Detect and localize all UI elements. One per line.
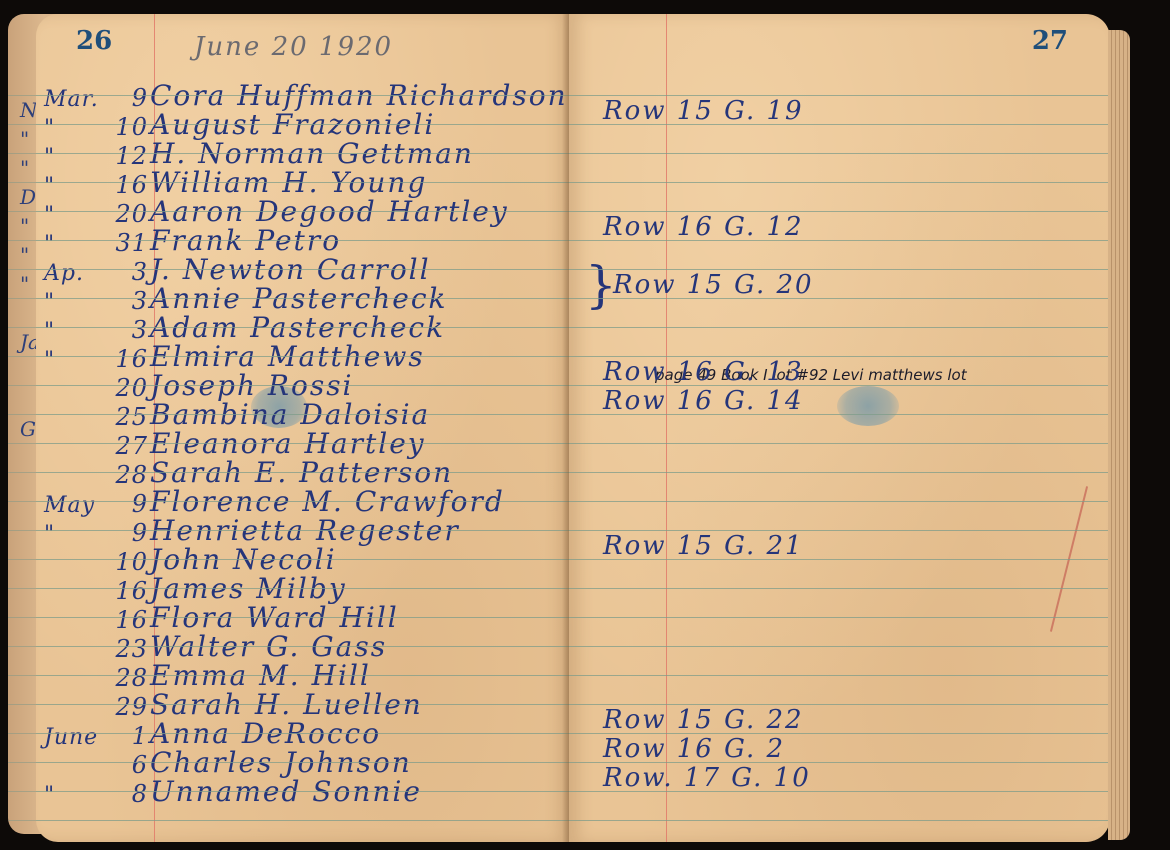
ruled-line — [36, 298, 569, 299]
entry-day: 20 — [96, 200, 148, 228]
ruled-line — [569, 356, 1110, 357]
entry-day: 8 — [96, 780, 148, 808]
ruled-line — [569, 153, 1110, 154]
ruled-line — [569, 182, 1110, 183]
ruled-line — [569, 414, 1110, 415]
entry-month: " — [44, 319, 55, 344]
grave-location: Row 16 G. 14 — [603, 386, 804, 416]
entry-month: " — [44, 145, 55, 170]
entry-day: 9 — [96, 490, 148, 518]
ruled-line — [569, 588, 1110, 589]
entry-day: 28 — [96, 664, 148, 692]
grave-location-text: Row 16 G. 12 — [603, 212, 804, 242]
grave-location-text: Row. 17 G. 10 — [603, 763, 811, 793]
ruled-line — [569, 559, 1110, 560]
ruled-line — [36, 617, 569, 618]
previous-page-mark: G — [20, 417, 36, 441]
ruled-line — [36, 414, 569, 415]
ruled-line — [36, 153, 569, 154]
ruled-line — [569, 820, 1110, 821]
entry-day: 3 — [96, 287, 148, 315]
ruled-line — [36, 733, 569, 734]
ruled-line — [36, 646, 569, 647]
ruled-line — [569, 472, 1110, 473]
ruled-line — [569, 762, 1110, 763]
ruled-line — [36, 211, 569, 212]
ruled-line — [36, 501, 569, 502]
entry-month: " — [44, 116, 55, 141]
entry-day: 31 — [96, 229, 148, 257]
ruled-line — [569, 95, 1110, 96]
ruled-line — [569, 530, 1110, 531]
entry-month: Ap. — [44, 261, 84, 286]
grave-location: Row 15 G. 21 — [603, 531, 804, 561]
entry-day: 16 — [96, 345, 148, 373]
previous-page-mark: " — [20, 243, 29, 267]
entry-day: 10 — [96, 548, 148, 576]
entry-day: 28 — [96, 461, 148, 489]
entry-day: 16 — [96, 577, 148, 605]
ruled-line — [569, 124, 1110, 125]
ruled-line — [36, 675, 569, 676]
ruled-line — [36, 791, 569, 792]
ruled-line — [569, 298, 1110, 299]
ruled-line — [36, 762, 569, 763]
entry-day: 12 — [96, 142, 148, 170]
entry-day: 16 — [96, 606, 148, 634]
entry-month: " — [44, 290, 55, 315]
ruled-line — [569, 704, 1110, 705]
entry-day: 27 — [96, 432, 148, 460]
entry-month: May — [44, 493, 95, 518]
page-edges — [1108, 30, 1130, 840]
ruled-line — [36, 95, 569, 96]
entry-month: Mar. — [44, 87, 99, 112]
entry-day: 23 — [96, 635, 148, 663]
entry-day: 3 — [96, 258, 148, 286]
ruled-line — [569, 501, 1110, 502]
ruled-line — [36, 443, 569, 444]
ruled-line — [36, 327, 569, 328]
previous-page-mark: " — [20, 156, 29, 180]
entry-day: 9 — [96, 84, 148, 112]
grave-location: Row 15 G. 22 — [603, 705, 804, 735]
ruled-line — [569, 646, 1110, 647]
entry-day: 1 — [96, 722, 148, 750]
entry-month: " — [44, 174, 55, 199]
brace-grouping-mark: } — [585, 256, 619, 314]
ruled-line — [569, 791, 1110, 792]
entry-day: 9 — [96, 519, 148, 547]
left-page: 26 June 20 1920 Mar.9Cora Huffman Richar… — [36, 14, 569, 842]
grave-location: Row. 17 G. 10 — [603, 763, 811, 793]
header-date-note: June 20 1920 — [194, 32, 393, 62]
ruled-line — [569, 269, 1110, 270]
entry-day: 6 — [96, 751, 148, 779]
entry-day: 16 — [96, 171, 148, 199]
ruled-line — [569, 617, 1110, 618]
grave-location-text: Row 15 G. 22 — [603, 705, 804, 735]
entry-day: 20 — [96, 374, 148, 402]
ruled-line — [36, 472, 569, 473]
burial-entry: "8Unnamed Sonnie — [36, 781, 569, 810]
grave-location-text: Row 15 G. 19 — [603, 96, 804, 126]
ruled-line — [569, 327, 1110, 328]
ruled-line — [36, 704, 569, 705]
entry-day: 29 — [96, 693, 148, 721]
ruled-line — [569, 385, 1110, 386]
ruled-line — [36, 820, 569, 821]
grave-location-text: Row 16 G. 2 — [603, 734, 785, 764]
grave-location: Row 16 G. 2 — [603, 734, 785, 764]
ruled-line — [36, 182, 569, 183]
entry-month: " — [44, 203, 55, 228]
grave-location-text: Row 15 G. 21 — [603, 531, 804, 561]
previous-page-mark: " — [20, 127, 29, 151]
grave-location: Row 15 G. 19 — [603, 96, 804, 126]
ruled-line — [36, 559, 569, 560]
previous-page-mark: " — [20, 214, 29, 238]
ruled-line — [36, 124, 569, 125]
grave-location-text: Row 16 G. 13 — [603, 357, 804, 387]
ruled-line — [569, 443, 1110, 444]
page-number: 26 — [76, 26, 112, 56]
grave-location-text: Row 16 G. 14 — [603, 386, 804, 416]
grave-location: }Row 15 G. 20 — [613, 270, 814, 300]
entry-month: " — [44, 348, 55, 373]
grave-location: Row 16 G. 12 — [603, 212, 804, 242]
entry-day: 3 — [96, 316, 148, 344]
page-number: 27 — [1032, 26, 1068, 56]
ruled-line — [36, 240, 569, 241]
right-page: 27 page 49 Book I lot #92 Levi matthews … — [569, 14, 1110, 842]
ruled-line — [36, 530, 569, 531]
entry-month: " — [44, 783, 55, 808]
ruled-line — [569, 240, 1110, 241]
previous-page-mark: " — [20, 272, 29, 296]
ruled-line — [36, 385, 569, 386]
ruled-line — [569, 733, 1110, 734]
grave-location-text: Row 15 G. 20 — [613, 270, 814, 300]
ruled-line — [36, 588, 569, 589]
ruled-line — [569, 211, 1110, 212]
entry-month: " — [44, 522, 55, 547]
entry-month: " — [44, 232, 55, 257]
open-ledger-book: Nu""De"""JaG 26 June 20 1920 Mar.9Cora H… — [0, 0, 1170, 850]
ruled-line — [36, 356, 569, 357]
entry-day: 25 — [96, 403, 148, 431]
entry-day: 10 — [96, 113, 148, 141]
ruled-line — [569, 675, 1110, 676]
grave-location: Row 16 G. 13 — [603, 357, 804, 387]
ink-stain — [837, 386, 899, 426]
entry-month: June — [44, 725, 98, 750]
ruled-line — [36, 269, 569, 270]
